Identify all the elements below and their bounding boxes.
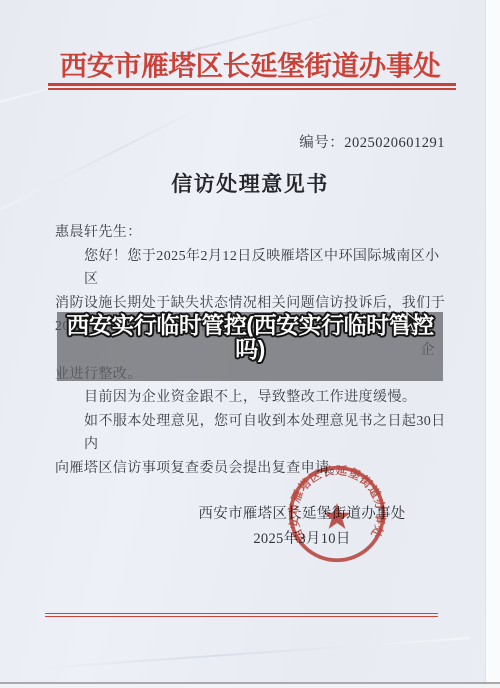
paper-crease: [40, 637, 469, 669]
footer-rule: [45, 613, 438, 617]
mouse-cursor-icon: [406, 312, 422, 332]
letterhead-rule-thick: [48, 83, 456, 86]
star-icon: [323, 503, 350, 529]
letterhead-rule-thin: [48, 88, 456, 90]
scan-edge-right: [485, 0, 500, 688]
watermark-banner: 西安实行临时管控(西安实行临时管控 吗): [57, 312, 443, 381]
body-line: 如不服本处理意见，您可自收到本处理意见书之日起30日内: [55, 410, 447, 457]
doc-number-value: 2025020601291: [344, 135, 445, 151]
doc-title: 信访处理意见书: [0, 168, 500, 198]
scan-edge-bottom: [0, 682, 500, 688]
body-line: 目前因为企业资金跟不上，导致整改工作进度缓慢。: [55, 386, 447, 410]
body-line: 您好！您于2025年2月12日反映雁塔区中环国际城南区小区: [55, 245, 447, 292]
doc-number-label: 编号：: [299, 135, 344, 151]
doc-number: 编号：2025020601291: [299, 131, 445, 152]
scanned-letter-page: 西安市雁塔区长延堡街道办事处 编号：2025020601291 信访处理意见书 …: [0, 0, 500, 688]
banner-text-line1: 西安实行临时管控(西安实行临时管控: [57, 313, 443, 337]
official-seal: 西安市雁塔区长延堡街道办事处: [282, 459, 392, 569]
letterhead-org-name: 西安市雁塔区长延堡街道办事处: [0, 43, 500, 83]
banner-text-line2: 吗): [57, 337, 443, 361]
salutation: 惠晨轩先生：: [55, 221, 447, 245]
